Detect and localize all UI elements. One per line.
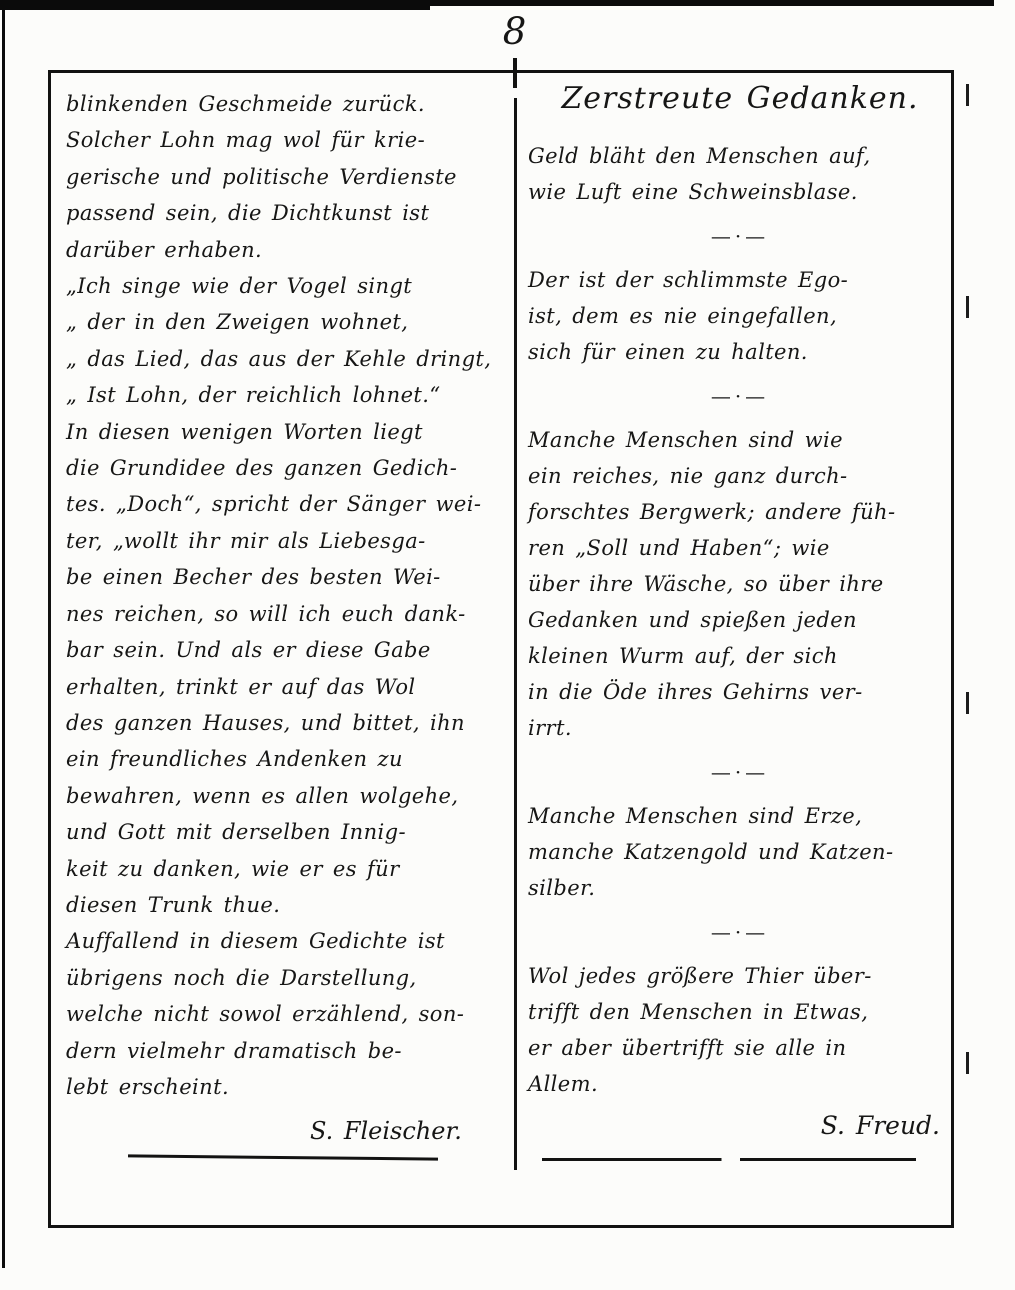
handwritten-line: welche nicht sowol erzählend, son- — [66, 996, 506, 1032]
handwritten-line: forschtes Bergwerk; andere füh- — [528, 494, 952, 530]
handwritten-line: tes. „Doch“, spricht der Sänger wei- — [66, 486, 506, 522]
handwritten-line: Der ist der schlimmste Ego- — [528, 262, 952, 298]
handwritten-line: und Gott mit derselben Innig- — [66, 814, 506, 850]
handwritten-line: passend sein, die Dichtkunst ist — [66, 195, 506, 231]
handwritten-line: Manche Menschen sind wie — [528, 422, 952, 458]
section-separator: —·— — [528, 218, 952, 254]
section-separator: —·— — [528, 378, 952, 414]
handwritten-line: irrt. — [528, 710, 952, 746]
scan-artifact-right-tick — [966, 692, 969, 714]
section-separator: —·— — [528, 754, 952, 790]
aphorism-3: Manche Menschen sind wie ein reiches, ni… — [528, 422, 952, 746]
handwritten-line: gerische und politische Verdienste — [66, 159, 506, 195]
handwritten-line: ein reiches, nie ganz durch- — [528, 458, 952, 494]
scanned-document-page: 8 blinkenden Geschmeide zurück. Solcher … — [0, 0, 1015, 1290]
page-number: 8 — [492, 10, 538, 53]
handwritten-line: manche Katzengold und Katzen- — [528, 834, 952, 870]
handwritten-line: silber. — [528, 870, 952, 906]
handwritten-line: „ Ist Lohn, der reichlich lohnet.“ — [66, 377, 506, 413]
handwritten-line: über ihre Wäsche, so über ihre — [528, 566, 952, 602]
scan-artifact-right-tick — [966, 1052, 969, 1074]
handwritten-line: erhalten, trinkt er auf das Wol — [66, 669, 506, 705]
column-title: Zerstreute Gedanken. — [528, 80, 952, 118]
handwritten-line: kleinen Wurm auf, der sich — [528, 638, 952, 674]
aphorism-5: Wol jedes größere Thier über- trifft den… — [528, 958, 952, 1102]
handwritten-line: er aber übertrifft sie alle in — [528, 1030, 952, 1066]
handwritten-line: Solcher Lohn mag wol für krie- — [66, 122, 506, 158]
handwritten-line: ist, dem es nie eingefallen, — [528, 298, 952, 334]
handwritten-line: lebt erscheint. — [66, 1069, 506, 1105]
handwritten-line: In diesen wenigen Worten liegt — [66, 414, 506, 450]
handwritten-line: sich für einen zu halten. — [528, 334, 952, 370]
handwritten-line: Allem. — [528, 1066, 952, 1102]
column-divider — [514, 98, 517, 1170]
handwritten-line: wie Luft eine Schweinsblase. — [528, 174, 952, 210]
scan-artifact-top-edge-thick — [0, 0, 430, 10]
handwritten-line: „ der in den Zweigen wohnet, — [66, 304, 506, 340]
handwritten-line: nes reichen, so will ich euch dank- — [66, 596, 506, 632]
handwritten-line: in die Öde ihres Gehirns ver- — [528, 674, 952, 710]
handwritten-line: Manche Menschen sind Erze, — [528, 798, 952, 834]
handwritten-line: des ganzen Hauses, und bittet, ihn — [66, 705, 506, 741]
handwritten-line: Gedanken und spießen jeden — [528, 602, 952, 638]
handwritten-line: Wol jedes größere Thier über- — [528, 958, 952, 994]
handwritten-line: ren „Soll und Haben“; wie — [528, 530, 952, 566]
handwritten-line: Geld bläht den Menschen auf, — [528, 138, 952, 174]
left-column: blinkenden Geschmeide zurück. Solcher Lo… — [66, 86, 506, 1150]
handwritten-line: darüber erhaben. — [66, 232, 506, 268]
scan-artifact-right-tick — [966, 84, 969, 106]
signature-s-freud: S. Freud. — [528, 1108, 940, 1144]
handwritten-line: ter, „wollt ihr mir als Liebesga- — [66, 523, 506, 559]
aphorism-1: Geld bläht den Menschen auf, wie Luft ei… — [528, 138, 952, 210]
handwritten-line: übrigens noch die Darstellung, — [66, 960, 506, 996]
handwritten-line: „Ich singe wie der Vogel singt — [66, 268, 506, 304]
handwritten-line: ein freundliches Andenken zu — [66, 741, 506, 777]
handwritten-line: dern vielmehr dramatisch be- — [66, 1033, 506, 1069]
right-column: Zerstreute Gedanken. Geld bläht den Mens… — [528, 80, 952, 1144]
aphorism-4: Manche Menschen sind Erze, manche Katzen… — [528, 798, 952, 906]
column-divider-tick — [513, 58, 517, 88]
signature-s-fleischer: S. Fleischer. — [310, 1113, 506, 1149]
handwritten-line: Auffallend in diesem Gedichte ist — [66, 923, 506, 959]
handwritten-line: blinkenden Geschmeide zurück. — [66, 86, 506, 122]
handwritten-line: diesen Trunk thue. — [66, 887, 506, 923]
handwritten-line: keit zu danken, wie er es für — [66, 851, 506, 887]
section-separator: —·— — [528, 914, 952, 950]
handwritten-line: bar sein. Und als er diese Gabe — [66, 632, 506, 668]
scan-artifact-right-tick — [966, 296, 969, 318]
handwritten-line: bewahren, wenn es allen wolgehe, — [66, 778, 506, 814]
handwritten-line: trifft den Menschen in Etwas, — [528, 994, 952, 1030]
handwritten-line: die Grundidee des ganzen Gedich- — [66, 450, 506, 486]
handwritten-line: be einen Becher des besten Wei- — [66, 559, 506, 595]
scan-artifact-left-edge — [2, 0, 5, 1268]
handwritten-line: „ das Lied, das aus der Kehle dringt, — [66, 341, 506, 377]
right-column-end-rule — [542, 1158, 916, 1161]
aphorism-2: Der ist der schlimmste Ego- ist, dem es … — [528, 262, 952, 370]
